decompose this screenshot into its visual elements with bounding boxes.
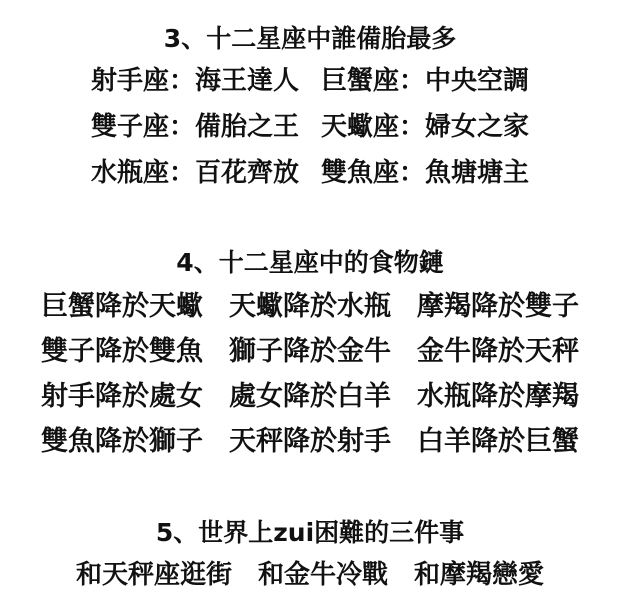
list-item: 和金牛冷戰	[258, 558, 388, 592]
list-item: 和天秤座逛街	[76, 558, 232, 592]
section-3-row-3: 水瓶座：百花齊放雙魚座：魚塘塘主	[0, 156, 620, 190]
list-item: 雙魚座：魚塘塘主	[321, 156, 529, 190]
list-item: 巨蟹座：中央空調	[321, 64, 529, 98]
list-item: 獅子降於金牛	[229, 335, 391, 369]
list-item: 水瓶座：百花齊放	[91, 156, 299, 190]
section-5-heading: 5、世界上zui困難的三件事	[0, 516, 620, 550]
section-4-row-4: 雙魚降於獅子天秤降於射手白羊降於巨蟹	[0, 425, 620, 459]
list-item: 雙子降於雙魚	[41, 335, 203, 369]
list-item: 射手降於處女	[41, 380, 203, 414]
list-item: 雙魚降於獅子	[41, 425, 203, 459]
section-4-row-1: 巨蟹降於天蠍天蠍降於水瓶摩羯降於雙子	[0, 290, 620, 324]
list-item: 摩羯降於雙子	[417, 290, 579, 324]
section-4-row-2: 雙子降於雙魚獅子降於金牛金牛降於天秤	[0, 335, 620, 369]
list-item: 天蠍座：婦女之家	[321, 110, 529, 144]
list-item: 金牛降於天秤	[417, 335, 579, 369]
section-3-row-1: 射手座：海王達人巨蟹座：中央空調	[0, 64, 620, 98]
list-item: 白羊降於巨蟹	[417, 425, 579, 459]
list-item: 天蠍降於水瓶	[229, 290, 391, 324]
list-item: 雙子座：備胎之王	[91, 110, 299, 144]
list-item: 和摩羯戀愛	[414, 558, 544, 592]
section-3-row-2: 雙子座：備胎之王天蠍座：婦女之家	[0, 110, 620, 144]
section-5-row-1: 和天秤座逛街和金牛冷戰和摩羯戀愛	[0, 558, 620, 592]
list-item: 巨蟹降於天蠍	[41, 290, 203, 324]
list-item: 處女降於白羊	[229, 380, 391, 414]
section-3-heading: 3、十二星座中誰備胎最多	[0, 22, 620, 56]
list-item: 射手座：海王達人	[91, 64, 299, 98]
list-item: 天秤降於射手	[229, 425, 391, 459]
section-4-heading: 4、十二星座中的食物鏈	[0, 246, 620, 280]
section-4-row-3: 射手降於處女處女降於白羊水瓶降於摩羯	[0, 380, 620, 414]
list-item: 水瓶降於摩羯	[417, 380, 579, 414]
